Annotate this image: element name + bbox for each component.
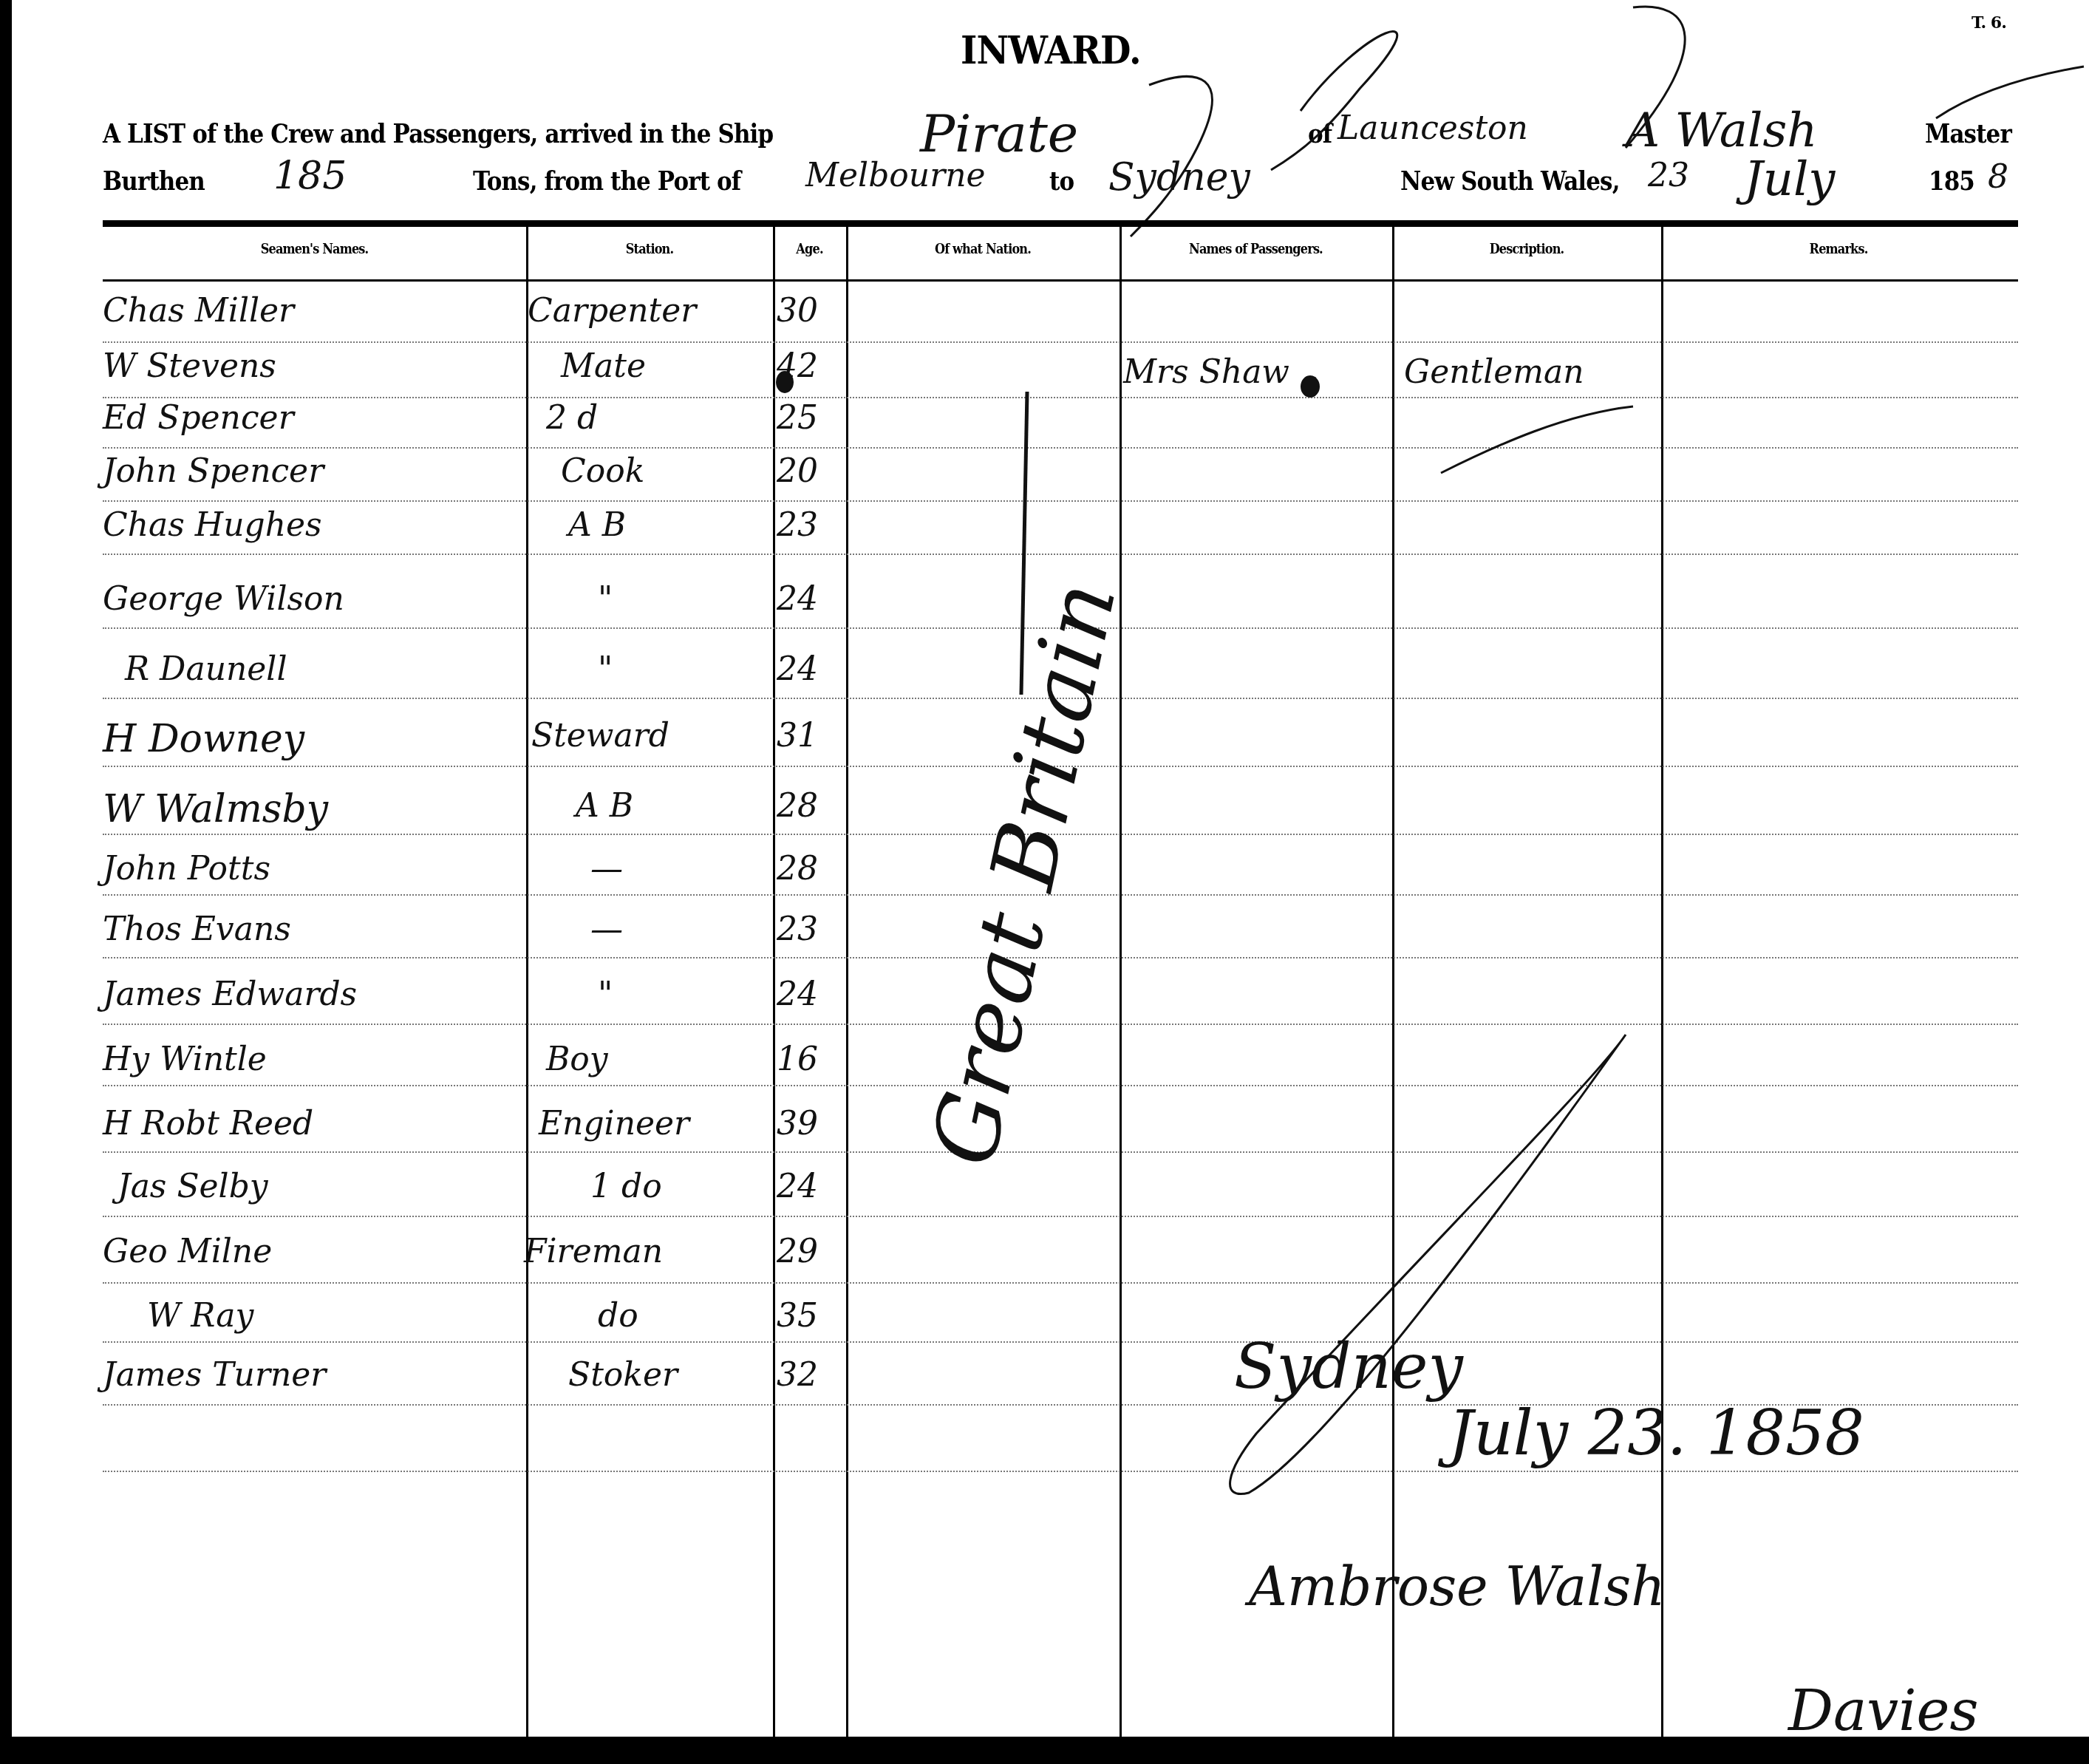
list-heading-text: A LIST of the Crew and Passengers, arriv…	[103, 118, 773, 149]
tons-from-port-label: Tons, from the Port of	[473, 166, 740, 197]
seaman-age: 16	[777, 1041, 818, 1078]
countersignature: Davies	[1788, 1678, 1978, 1743]
seaman-station: 1 do	[590, 1168, 662, 1205]
ink-blot	[1301, 375, 1320, 398]
seaman-age: 25	[777, 399, 818, 437]
seaman-station: do	[598, 1297, 638, 1335]
seaman-name: R Daunell	[125, 650, 287, 688]
master-signature: Ambrose Walsh	[1249, 1556, 1666, 1618]
seaman-station: Mate	[561, 347, 646, 385]
seaman-name: Thos Evans	[103, 910, 291, 948]
seaman-station: Stoker	[568, 1356, 678, 1394]
nation-bracket-line	[1005, 384, 1049, 702]
seaman-name: W Ray	[147, 1297, 253, 1335]
crew-row: Geo Milne Fireman 29	[103, 1233, 2017, 1292]
seaman-station: Cook	[561, 452, 644, 490]
seaman-age: 24	[777, 975, 818, 1013]
crew-row: W Ray do 35	[103, 1297, 2017, 1356]
col-header-remarks: Remarks.	[1688, 241, 1989, 257]
col-header-nation: Of what Nation.	[867, 241, 1100, 257]
col-header-station: Station.	[545, 241, 754, 257]
seaman-station: Fireman	[524, 1233, 663, 1270]
seaman-age: 32	[777, 1356, 818, 1394]
passenger-description: Gentleman	[1404, 353, 1584, 391]
seaman-station: "	[598, 975, 613, 1013]
seaman-age: 23	[777, 506, 818, 544]
col-header-age: Age.	[778, 241, 840, 257]
signoff-place: Sydney	[1234, 1330, 1463, 1403]
seaman-name: John Potts	[103, 850, 270, 888]
col-header-description: Description.	[1412, 241, 1640, 257]
seaman-age: 23	[777, 910, 818, 948]
tons-field: 185	[273, 154, 347, 198]
seaman-station: "	[598, 580, 613, 618]
crew-row: John Spencer Cook 20	[103, 452, 2017, 511]
seaman-age: 29	[777, 1233, 818, 1270]
seaman-station: Carpenter	[528, 292, 696, 330]
crew-row: Chas Hughes A B 23	[103, 506, 2017, 565]
scan-left-border	[0, 0, 12, 1764]
seaman-station: Engineer	[539, 1105, 689, 1142]
crew-row: H Robt Reed Engineer 39	[103, 1105, 2017, 1164]
seaman-station: —	[590, 910, 623, 948]
ruled-line	[103, 1471, 2018, 1472]
seaman-station: Steward	[531, 717, 669, 755]
col-header-seamen-names: Seamen's Names.	[134, 241, 494, 257]
seaman-name: George Wilson	[103, 580, 344, 618]
ink-blot	[776, 371, 794, 393]
seaman-age: 28	[777, 850, 818, 888]
seaman-name: Jas Selby	[117, 1168, 268, 1205]
seaman-age: 39	[777, 1105, 818, 1142]
seaman-age: 24	[777, 580, 818, 618]
burthen-label: Burthen	[103, 166, 205, 197]
crew-row: James Edwards " 24	[103, 975, 2017, 1035]
seaman-station: A B	[568, 506, 626, 544]
signoff-date: July 23. 1858	[1448, 1397, 1864, 1469]
seaman-station: 2 d	[546, 399, 598, 437]
header-bottom-rule	[103, 279, 2018, 282]
seaman-age: 20	[777, 452, 818, 490]
crew-row: Jas Selby 1 do 24	[103, 1168, 2017, 1227]
seaman-age: 30	[777, 292, 818, 330]
seaman-name: W Walmsby	[103, 787, 328, 831]
seaman-station: —	[590, 850, 623, 888]
seaman-name: Geo Milne	[103, 1233, 272, 1270]
scan-bottom-border	[0, 1737, 2089, 1764]
seaman-name: John Spencer	[103, 452, 324, 490]
seaman-age: 35	[777, 1297, 818, 1335]
seaman-age: 28	[777, 787, 818, 825]
header-top-rule	[103, 220, 2018, 227]
crew-row: Chas Miller Carpenter 30	[103, 292, 2017, 351]
seaman-station: "	[598, 650, 613, 688]
seaman-age: 31	[777, 717, 818, 755]
crew-row: Hy Wintle Boy 16	[103, 1041, 2017, 1100]
passenger-name: Mrs Shaw	[1123, 353, 1289, 391]
passenger-flourish	[1434, 399, 1640, 480]
seaman-age: 24	[777, 1168, 818, 1205]
seaman-age: 24	[777, 650, 818, 688]
seaman-name: W Stevens	[103, 347, 276, 385]
col-header-passenger-names: Names of Passengers.	[1140, 241, 1372, 257]
seaman-name: Chas Hughes	[103, 506, 322, 544]
crew-row: Ed Spencer 2 d 25	[103, 399, 2017, 458]
seaman-name: H Robt Reed	[103, 1105, 313, 1142]
seaman-name: James Turner	[103, 1356, 326, 1394]
seaman-name: Chas Miller	[103, 292, 294, 330]
seaman-station: Boy	[546, 1041, 608, 1078]
crew-row: W Stevens Mate 42	[103, 347, 2017, 406]
seaman-name: Hy Wintle	[103, 1041, 267, 1078]
seaman-name: James Edwards	[103, 975, 357, 1013]
seaman-name: H Downey	[103, 717, 304, 761]
seaman-station: A B	[576, 787, 633, 825]
seaman-name: Ed Spencer	[103, 399, 294, 437]
